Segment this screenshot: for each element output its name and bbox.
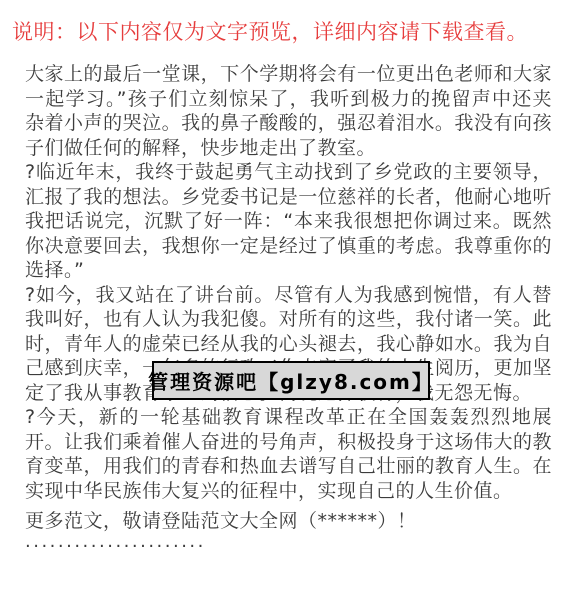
paragraph-2: ?临近年末，我终于鼓起勇气主动找到了乡党政的主要领导，汇报了我的想法。乡党委书记… — [25, 160, 552, 283]
footer-note: 更多范文，敬请登陆范文大全网（******）！ — [25, 509, 552, 534]
dots-line: ······················ — [25, 535, 552, 560]
watermark-box: 管理资源吧【glzy8.com】 — [152, 361, 430, 400]
paragraph-4: ?今天，新的一轮基础教育课程改革正在全国轰轰烈烈地展开。让我们乘着催人奋进的号角… — [25, 405, 552, 503]
preview-notice: 说明：以下内容仅为文字预览，详细内容请下载查看。 — [12, 19, 566, 45]
preview-page: 说明：以下内容仅为文字预览，详细内容请下载查看。 大家上的最后一堂课，下个学期将… — [0, 0, 578, 600]
document-body: 大家上的最后一堂课，下个学期将会有一位更出色老师和大家一起学习。”孩子们立刻惊呆… — [25, 62, 552, 559]
paragraph-1: 大家上的最后一堂课，下个学期将会有一位更出色老师和大家一起学习。”孩子们立刻惊呆… — [25, 62, 552, 160]
watermark-text: 管理资源吧【glzy8.com】 — [148, 366, 434, 395]
